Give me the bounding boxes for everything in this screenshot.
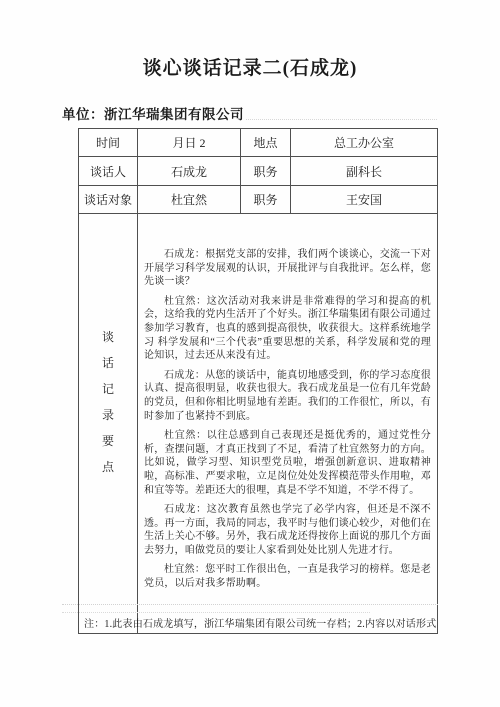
- record-label-char: 记: [102, 380, 114, 397]
- info-value-cell: 杜宜然: [138, 186, 241, 214]
- dialog-paragraph: 石成龙：从您的谈话中，能真切地感受到，你的学习态度很认真、提高很明显，收获也很大…: [144, 369, 431, 423]
- info-value-cell: 副科长: [291, 157, 438, 186]
- info-label-cell: 时间: [79, 129, 138, 157]
- unit-line: 单位：浙江华瑞集团有限公司: [62, 103, 244, 123]
- info-value-cell: 王安国: [291, 186, 438, 214]
- record-label-vertical: 谈 话 记 录 要 点: [79, 328, 137, 475]
- dialog-paragraph: 石成龙：根据党支部的安排，我们两个谈谈心，交流一下对开展学习科学发展观的认识，开…: [144, 248, 431, 289]
- table-row: 谈话人 石成龙 职务 副科长: [79, 157, 438, 186]
- dialog-paragraph: 杜宜然：您平时工作很出色，一直是我学习的榜样。您是老党员，以后对我多帮助啊。: [144, 563, 431, 590]
- dialog-paragraph: 杜宜然：这次活动对我来讲是非常难得的学习和提高的机会，这给我的党内生活开了个好头…: [144, 295, 431, 363]
- table-row: 时间 月日 2 地点 总工办公室: [79, 129, 438, 157]
- info-label-cell: 谈话对象: [79, 186, 138, 214]
- record-content-cell: 石成龙：根据党支部的安排，我们两个谈谈心，交流一下对开展学习科学发展观的认识，开…: [138, 214, 438, 634]
- record-label-char: 谈: [102, 328, 114, 345]
- table-row: 谈 话 记 录 要 点 石成龙：根据党支部的安排，我们两个谈谈心，交流一下对开展…: [79, 214, 438, 634]
- record-label-char: 点: [102, 458, 114, 475]
- record-label-char: 要: [102, 432, 114, 449]
- record-label-cell: 谈 话 记 录 要 点: [79, 214, 138, 634]
- document-page: 谈心谈话记录二(石成龙) 单位：浙江华瑞集团有限公司 时间 月日 2 地点 总工…: [0, 0, 500, 707]
- info-value-cell: 总工办公室: [291, 129, 438, 157]
- record-table: 时间 月日 2 地点 总工办公室 谈话人 石成龙 职务 副科长 谈话对象 杜宜然…: [78, 128, 438, 634]
- info-value-cell: 月日 2: [138, 129, 241, 157]
- info-label-cell: 职务: [241, 157, 291, 186]
- scan-rule-bottom: [62, 612, 370, 613]
- record-label-char: 录: [102, 406, 114, 423]
- table-row: 谈话对象 杜宜然 职务 王安国: [79, 186, 438, 214]
- unit-dotted-rule: [246, 119, 437, 120]
- page-title: 谈心谈话记录二(石成龙): [0, 53, 500, 80]
- info-label-cell: 谈话人: [79, 157, 138, 186]
- dialog-paragraph: 杜宜然：以往总感到自己表现还是挺优秀的，通过党性分析，查摆问题，才真正找到了不足…: [144, 429, 431, 497]
- info-label-cell: 职务: [241, 186, 291, 214]
- scan-rule-top: [62, 604, 438, 605]
- record-label-char: 话: [102, 354, 114, 371]
- footnote: 注：1.此表由石成龙填写，浙江华瑞集团有限公司统一存档；2.内容以对话形式: [84, 618, 440, 631]
- info-label-cell: 地点: [241, 129, 291, 157]
- dialog-paragraph: 石成龙：这次教育虽然也学完了必学内容，但还是不深不透。再一方面，我局的同志，我平…: [144, 503, 431, 557]
- info-value-cell: 石成龙: [138, 157, 241, 186]
